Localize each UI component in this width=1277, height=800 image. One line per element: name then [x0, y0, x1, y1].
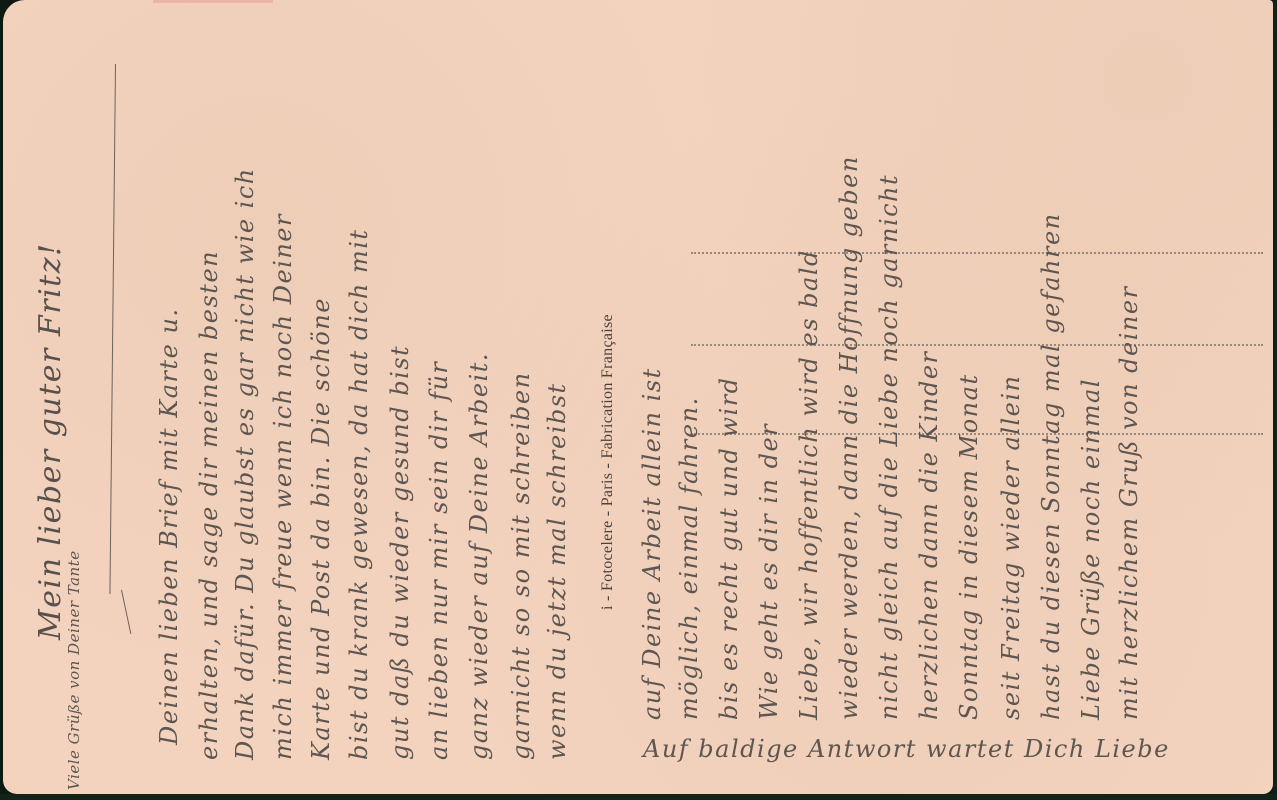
- scan-border-bottom: [0, 794, 1277, 800]
- body-line: garnicht so so mit schreiben: [507, 371, 535, 760]
- body-line: Karte und Post da bin. Die schöne: [307, 297, 335, 760]
- body-line: ganz wieder auf Deine Arbeit.: [465, 352, 493, 760]
- postcard: Mein lieber guter Fritz! Viele Grüße von…: [3, 0, 1273, 794]
- body-line: seit Freitag wieder allein: [997, 374, 1025, 720]
- body-line: erhalten, und sage dir meinen besten: [195, 250, 223, 760]
- ruled-divider-line: [109, 64, 116, 594]
- body-line: mit herzlichem Gruß von deiner: [1115, 285, 1143, 720]
- body-line: wenn du jetzt mal schreibst: [543, 382, 571, 760]
- address-dotted-line-1: [691, 252, 1263, 254]
- address-dotted-line-2: [691, 344, 1263, 346]
- closing-line: Auf baldige Antwort wartet Dich Liebe: [643, 735, 1170, 763]
- body-line: Dank dafür. Du glaubst es gar nicht wie …: [231, 167, 259, 760]
- body-line: Deinen lieben Brief mit Karte u.: [155, 307, 183, 745]
- salutation: Mein lieber guter Fritz!: [33, 242, 68, 640]
- body-line: Sonntag in diesem Monat: [955, 373, 983, 720]
- body-line: nicht gleich auf die Liebe noch garnicht: [875, 174, 903, 720]
- body-line: möglich, einmal fahren.: [675, 396, 703, 720]
- margin-note: Viele Grüße von Deiner Tante: [65, 550, 83, 790]
- body-line: gut daß du wieder gesund bist: [386, 345, 414, 760]
- body-line: bist du krank gewesen, da hat dich mit: [345, 228, 373, 760]
- printed-publisher-text: i - Fotocelere - Paris - Fabrication Fra…: [599, 314, 617, 610]
- body-line: Liebe, wir hoffentlich wird es bald: [795, 249, 823, 720]
- body-line: bis es recht gut und wird: [715, 376, 743, 720]
- body-line: Liebe Grüße noch einmal: [1077, 378, 1105, 720]
- body-line: mich immer freue wenn ich noch Deiner: [269, 213, 297, 760]
- body-line: herzlichen dann die Kinder: [915, 350, 943, 720]
- body-line: Wie geht es dir in der: [755, 423, 783, 720]
- body-line: wieder werden, dann die Hoffnung geben: [835, 155, 863, 720]
- ruled-divider-tail: [121, 590, 131, 634]
- body-line: auf Deine Arbeit allein ist: [638, 367, 666, 720]
- body-line: hast du diesen Sonntag mal gefahren: [1037, 212, 1065, 720]
- scan-border-right: [1273, 0, 1277, 800]
- paper-stain: [153, 0, 273, 3]
- body-line: an lieben nur mir sein dir für: [425, 361, 453, 760]
